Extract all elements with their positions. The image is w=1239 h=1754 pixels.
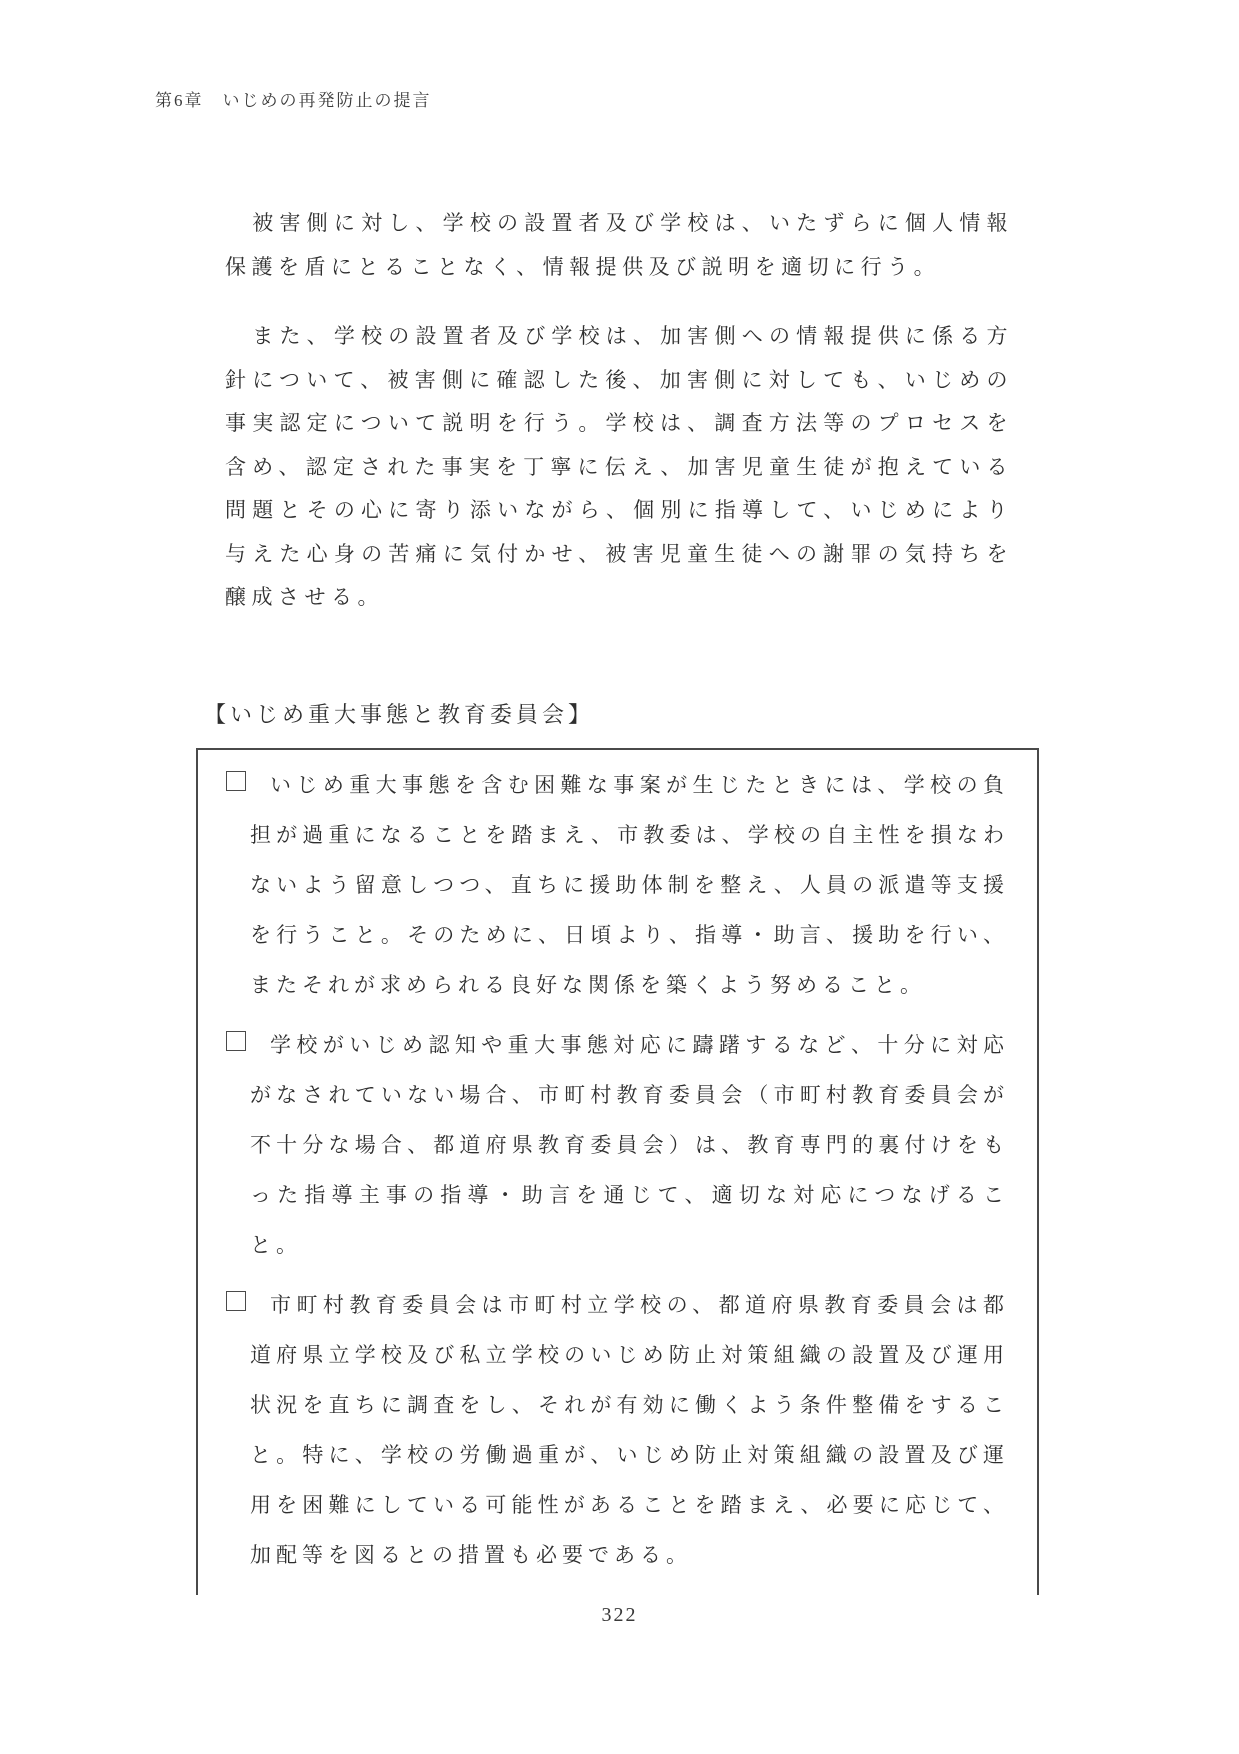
bullet-item: 学校がいじめ認知や重大事態対応に躊躇するなど、十分に対応がなされていない場合、市… — [198, 1020, 1037, 1270]
body-paragraph: 被害側に対し、学校の設置者及び学校は、いたずらに個人情報保護を盾にとることなく、… — [225, 202, 1013, 289]
bullet-item: いじめ重大事態を含む困難な事案が生じたときには、学校の負担が過重になることを踏ま… — [198, 760, 1037, 1010]
chapter-header: 第6章 いじめの再発防止の提言 — [155, 86, 432, 111]
bullet-item: いじめ重大事態の中には、いじめ調査と並んで、警察の捜査が — [198, 1590, 1037, 1595]
bullet-text: いじめ重大事態を含む困難な事案が生じたときには、学校の負担が過重になることを踏ま… — [250, 773, 1009, 997]
bullet-text: 学校がいじめ認知や重大事態対応に躊躇するなど、十分に対応がなされていない場合、市… — [250, 1033, 1009, 1257]
body-paragraph: また、学校の設置者及び学校は、加害側への情報提供に係る方針について、被害側に確認… — [225, 315, 1013, 620]
bullet-box: いじめ重大事態を含む困難な事案が生じたときには、学校の負担が過重になることを踏ま… — [196, 748, 1039, 1595]
bullet-text: 市町村教育委員会は市町村立学校の、都道府県教育委員会は都道府県立学校及び私立学校… — [250, 1293, 1009, 1567]
page-number: 322 — [0, 1604, 1239, 1627]
bullet-item: 市町村教育委員会は市町村立学校の、都道府県教育委員会は都道府県立学校及び私立学校… — [198, 1280, 1037, 1580]
checkbox-square-icon — [226, 771, 246, 791]
section-heading: 【いじめ重大事態と教育委員会】 — [204, 698, 594, 729]
checkbox-square-icon — [226, 1291, 246, 1311]
checkbox-square-icon — [226, 1031, 246, 1051]
